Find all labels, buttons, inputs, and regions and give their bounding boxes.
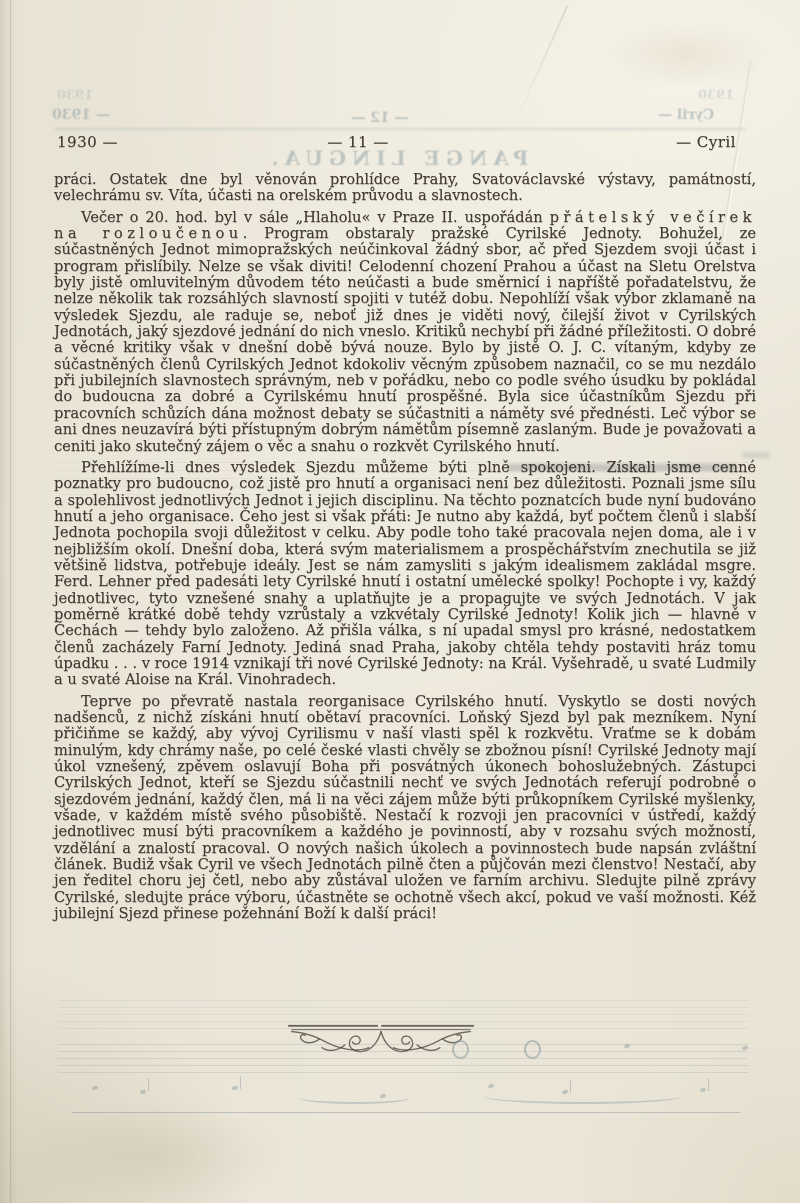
bleedthrough-text: — 1930	[52, 107, 110, 123]
note-bleed	[92, 1085, 99, 1091]
page-left-edge	[10, 0, 11, 1203]
note-bleed	[524, 1040, 541, 1059]
paragraph: Večer o 20. hod. byl v sále „Hlaholu« v …	[54, 210, 756, 455]
slur-bleed	[300, 1092, 410, 1104]
note-stem-bleed	[148, 1078, 149, 1091]
header-year: 1930 —	[57, 133, 118, 151]
note-bleed	[488, 1083, 495, 1089]
bleedthrough-text: Cyril —	[658, 107, 714, 123]
paragraph-text: práci. Ostatek dne byl věnován prohlídce…	[54, 171, 756, 204]
note-bleed	[700, 1087, 707, 1093]
paragraph-text: Teprve po převratě nastala reorganisace …	[54, 693, 756, 922]
staff-bleed	[58, 1000, 748, 1030]
paper-stain	[600, 20, 770, 90]
note-bleed	[140, 1089, 147, 1095]
note-stem-bleed	[240, 1076, 241, 1089]
bleedthrough-text: 1930	[698, 88, 734, 103]
scanned-page: 1930 — 1930 — 12 — Cyril — 1930 PANGE LI…	[0, 0, 800, 1203]
paper-stain	[20, 1100, 280, 1203]
paragraph: Přehlížíme-li dnes výsledek Sjezdu můžem…	[54, 460, 756, 689]
article-body: práci. Ostatek dne byl věnován prohlídce…	[54, 172, 756, 927]
bleedthrough-rule	[72, 1112, 740, 1113]
note-bleed	[452, 1040, 469, 1059]
staff-bleed	[58, 1044, 748, 1076]
bleedthrough-page-number: — 12 —	[335, 110, 425, 126]
note-bleed	[232, 1085, 239, 1091]
bleedthrough-rule	[55, 128, 745, 130]
header-page-number: — 11 —	[300, 133, 416, 151]
paragraph-text: . Program obstaraly pražské Cyrilské Jed…	[54, 225, 756, 454]
paragraph-text: Přehlížíme-li dnes výsledek Sjezdu můžem…	[54, 459, 756, 688]
paragraph-text: Večer o 20. hod. byl v sále „Hlaholu« v …	[81, 209, 550, 226]
paragraph: práci. Ostatek dne byl věnován prohlídce…	[54, 172, 756, 205]
slur-bleed	[483, 1088, 683, 1104]
bleedthrough-text: 1930	[57, 88, 93, 103]
header-journal-title: — Cyril	[676, 133, 736, 151]
note-stem-bleed	[708, 1078, 709, 1091]
paragraph: Teprve po převratě nastala reorganisace …	[54, 694, 756, 923]
paper-crease	[514, 5, 569, 125]
